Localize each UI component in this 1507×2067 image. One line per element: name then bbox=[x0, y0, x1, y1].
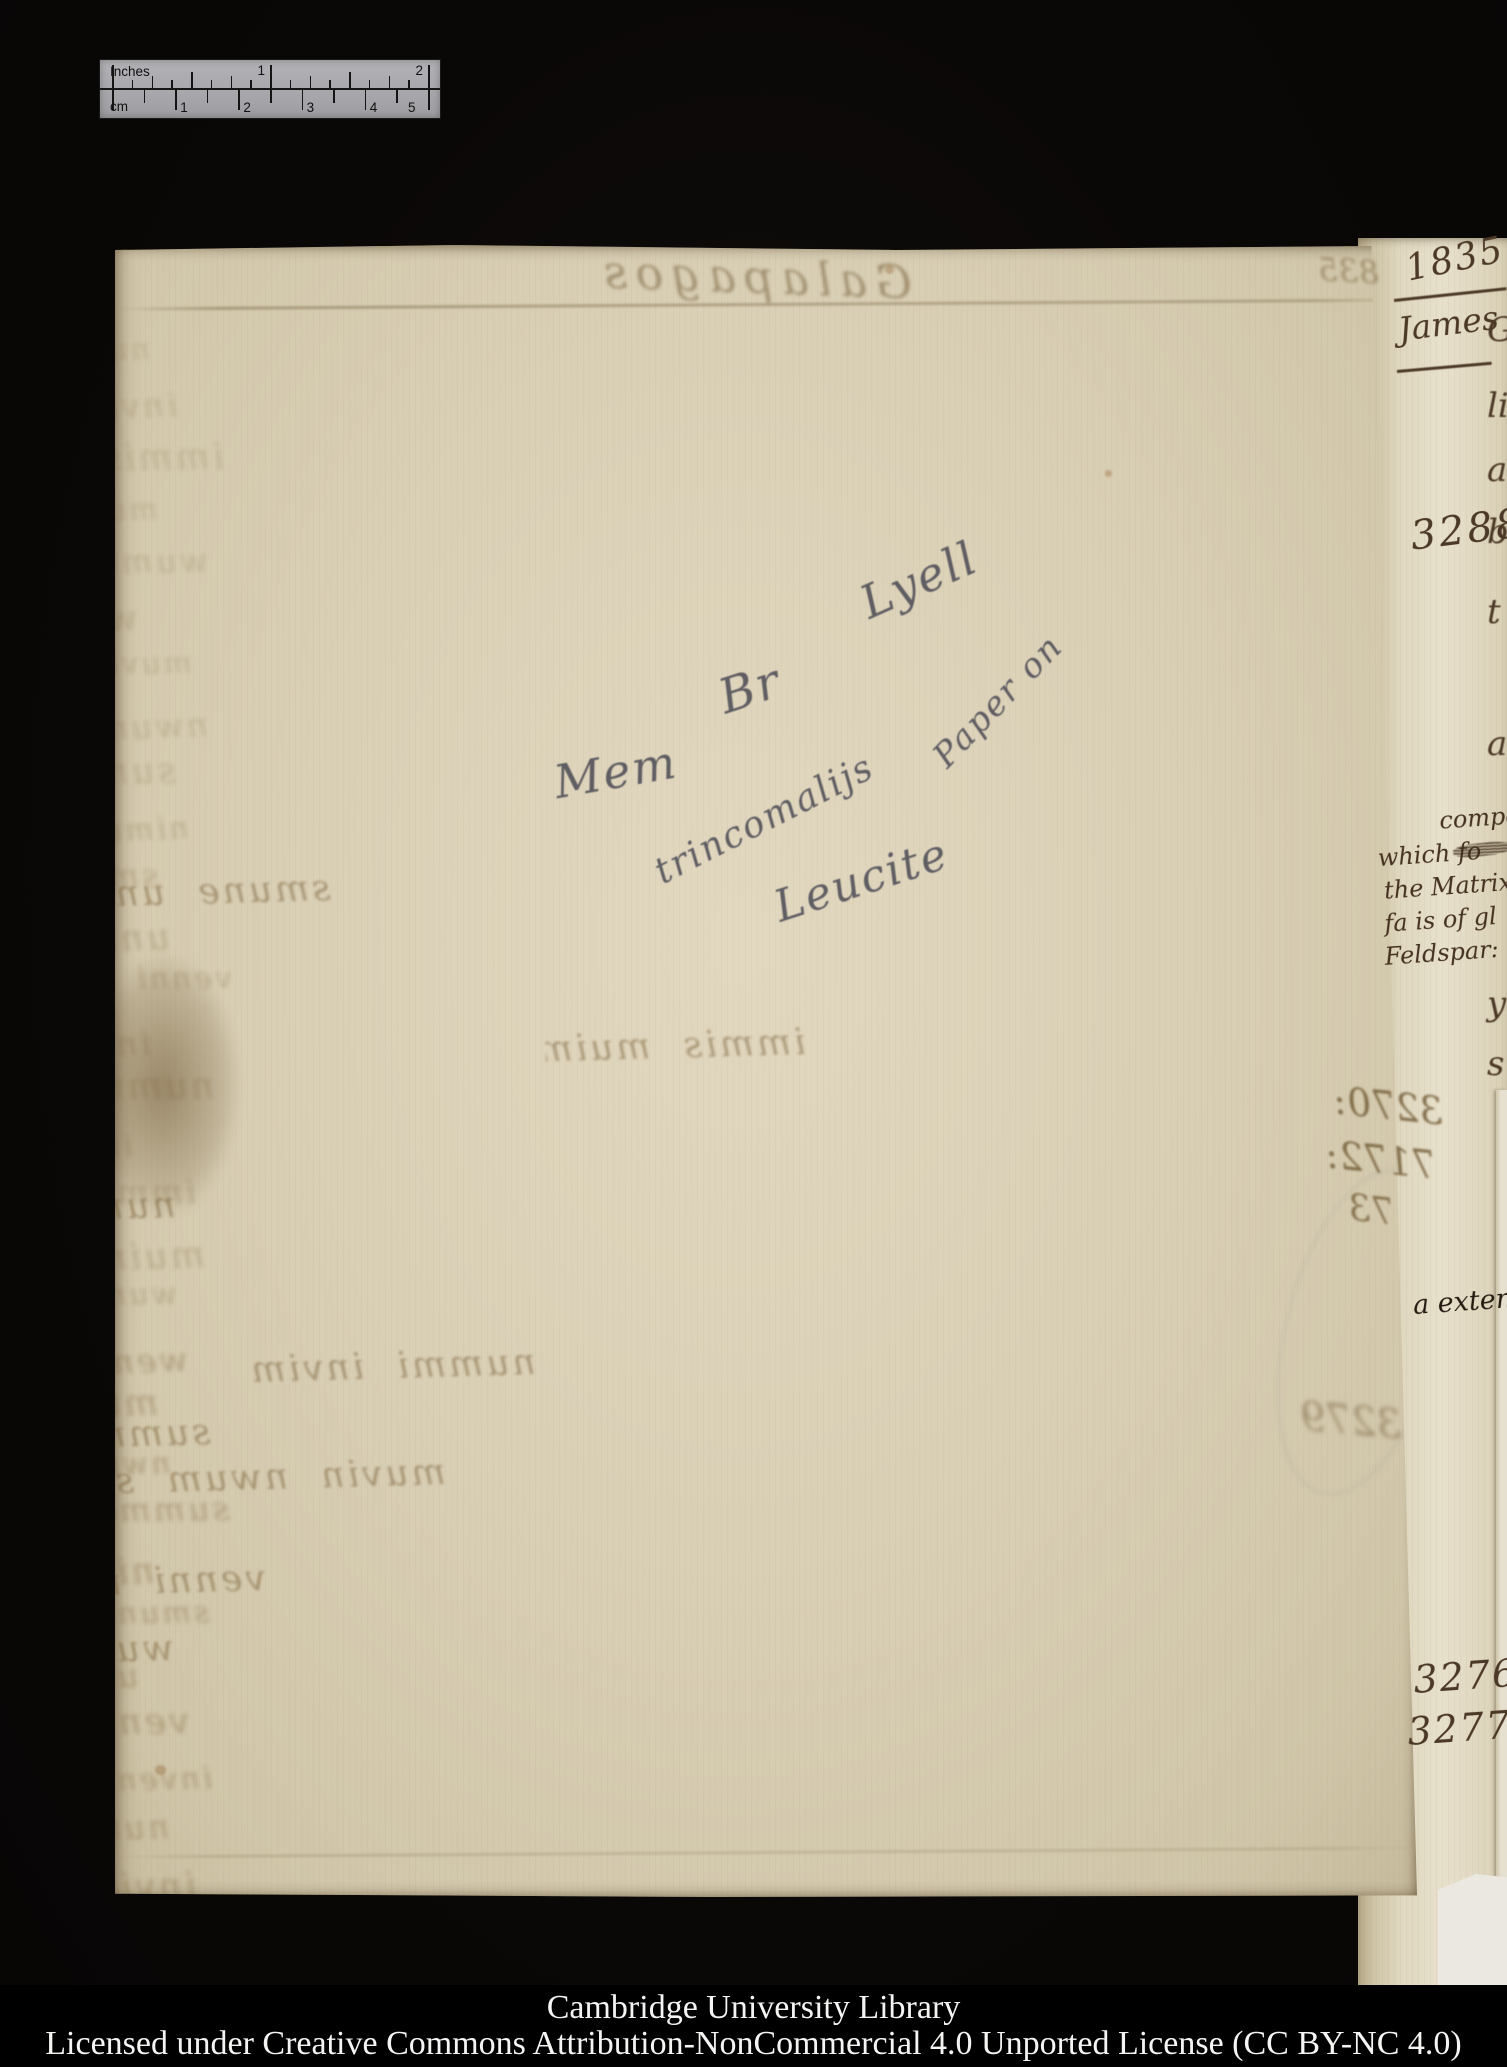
bleedthrough-line: nummi unmow summe wenum immis inven smun… bbox=[0, 1066, 214, 1113]
inch-tick bbox=[112, 65, 114, 88]
scalebar-cm-number: 3 bbox=[307, 100, 315, 115]
bleedthrough-dark-stroke: nummi invim immis muim wumme bbox=[235, 1342, 536, 1391]
manuscript-page: nummi unmow summe wenum immis inven smun… bbox=[115, 245, 1417, 1897]
bleedthrough-header-galapagos: Galapagos bbox=[595, 245, 913, 310]
bleedthrough-line: unmow summe wenum immis inven smune nwum… bbox=[0, 917, 170, 993]
bleedthrough-line: invim venni nimus muvin muim nummi unmow… bbox=[0, 1129, 133, 1198]
bleedthrough-page-number: 835 bbox=[1317, 250, 1381, 292]
bleedthrough-line: immis inven smune nwum wumme invim venni… bbox=[0, 1172, 196, 1219]
cm-tick bbox=[238, 90, 240, 110]
inch-tick bbox=[250, 80, 252, 89]
scalebar-inch-number: 2 bbox=[407, 63, 423, 78]
inch-tick bbox=[171, 80, 173, 89]
bleedthrough-line: unmow summe wenum immis inven smune nwum… bbox=[0, 1656, 139, 1723]
specimen-number-3276: 3276 bbox=[1412, 1651, 1507, 1702]
bleedthrough-line: nummi unmow summe wenum immis inven smun… bbox=[0, 332, 150, 381]
inch-tick bbox=[369, 80, 371, 89]
bleedthrough-line: invim venni nimus muvin muim nummi unmow… bbox=[0, 1866, 197, 1928]
edge-fragment-letter: b bbox=[1487, 512, 1507, 552]
bleedthrough-number-3279: 3279 bbox=[1298, 1394, 1403, 1449]
inch-tick bbox=[132, 80, 134, 89]
caption-bar: Cambridge University Library Licensed un… bbox=[0, 1985, 1507, 2067]
bleedthrough-line: smune nwum wumme invim venni nimus muvin… bbox=[0, 856, 159, 898]
inch-tick bbox=[428, 65, 430, 88]
bleedthrough-dark-stroke: nummi invim immis muim wumme bbox=[0, 1185, 176, 1238]
adjacent-page-sliver bbox=[1496, 1090, 1507, 1980]
cm-tick bbox=[270, 90, 272, 103]
manuscript-scan-stage: Inches cm 1212345 1835 James So 3288 com… bbox=[0, 0, 1507, 2067]
scalebar-cm-number: 2 bbox=[243, 100, 251, 115]
specimen-number-3277: 3277 bbox=[1406, 1703, 1507, 1754]
bleedthrough-line: summe wenum immis inven smune nwum wumme… bbox=[0, 751, 176, 798]
cm-tick bbox=[144, 90, 146, 103]
bleedthrough-line: inven smune nwum wumme invim venni nimus… bbox=[0, 1023, 152, 1101]
inch-tick bbox=[231, 76, 233, 88]
edge-fragment-letter: t bbox=[1487, 592, 1501, 632]
adjacent-page-note: compowhich fothe Matrixfa is of glFeldsp… bbox=[1374, 799, 1507, 974]
bleedthrough-line: venni nimus muvin muim nummi unmow summe… bbox=[0, 961, 232, 1002]
inch-tick bbox=[152, 76, 154, 88]
bleedthrough-line: wenum immis inven smune nwum wumme invim… bbox=[0, 598, 138, 677]
cm-tick bbox=[428, 90, 430, 110]
bleedthrough-line: muim nummi unmow summe wenum immis inven… bbox=[0, 492, 158, 546]
inch-tick bbox=[191, 72, 193, 88]
cm-tick bbox=[175, 90, 177, 110]
cm-tick bbox=[333, 90, 335, 103]
bleedthrough-line: nimus muvin muim nummi unmow summe wenum… bbox=[0, 811, 189, 886]
edge-fragment-letter: s bbox=[1487, 1044, 1504, 1084]
inch-tick bbox=[211, 80, 213, 89]
inch-tick bbox=[349, 72, 351, 88]
bleedthrough-line: nimus muvin muim nummi unmow summe wenum… bbox=[0, 1551, 155, 1619]
edge-fragment-letter: a bbox=[1487, 450, 1507, 490]
bleedthrough-line: wumme invim venni nimus muvin muim nummi… bbox=[0, 541, 208, 589]
bleedthrough-line: nwum wumme invim venni nimus muvin muim … bbox=[0, 705, 208, 779]
bleedthrough-line: wenum immis inven smune nwum wumme invim… bbox=[0, 1340, 188, 1410]
bleedthrough-dark-stroke: venni inven nummi invim immis bbox=[0, 1558, 266, 1611]
scalebar-inch-number: 1 bbox=[249, 63, 265, 78]
edge-fragment-letter: y bbox=[1487, 984, 1506, 1024]
scale-ruler: Inches cm 1212345 bbox=[100, 60, 440, 118]
bleedthrough-line: muvin muim nummi unmow summe wenum immis… bbox=[0, 646, 192, 688]
bleedthrough-number-73: 73 bbox=[1346, 1188, 1396, 1234]
scalebar-cm-number: 4 bbox=[370, 100, 378, 115]
inch-tick bbox=[290, 80, 292, 89]
bleedthrough-line: nwum wumme invim venni nimus muvin muim … bbox=[0, 1446, 171, 1514]
cm-tick bbox=[112, 90, 114, 110]
library-caption: Cambridge University Library bbox=[0, 1990, 1507, 2026]
foxing-spot bbox=[155, 1765, 166, 1775]
scalebar-cm-number: 1 bbox=[180, 100, 188, 115]
bleedthrough-line: summe wenum immis inven smune nwum wumme… bbox=[0, 1489, 230, 1541]
fold-crease-bottom bbox=[115, 1846, 1417, 1858]
bleedthrough-line: wumme invim venni nimus muvin muim nummi… bbox=[0, 1277, 178, 1321]
edge-fragment-letter: a bbox=[1487, 724, 1507, 764]
adjacent-note-line: compo bbox=[1438, 799, 1507, 838]
license-caption: Licensed under Creative Commons Attribut… bbox=[0, 2026, 1507, 2062]
bleedthrough-dark-stroke: muvin nwum summe nimus smune bbox=[85, 1452, 446, 1503]
scalebar-inches-label: Inches bbox=[110, 64, 150, 79]
bleedthrough-line: venni nimus muvin muim nummi unmow summe… bbox=[0, 1701, 190, 1760]
bleedthrough-dark-stroke: smune unmow venni inven nummi bbox=[30, 868, 331, 917]
cm-tick bbox=[396, 90, 398, 103]
inch-tick bbox=[329, 80, 331, 89]
cm-tick bbox=[365, 90, 367, 110]
bleedthrough-line: muim nummi unmow summe wenum immis inven… bbox=[0, 1235, 206, 1298]
edge-fragment-letter: G bbox=[1487, 310, 1507, 350]
bleedthrough-line: inven smune nwum wumme invim venni nimus… bbox=[0, 1761, 213, 1818]
bleedthrough-line: smune nwum wumme invim venni nimus muvin… bbox=[0, 1595, 210, 1640]
bleedthrough-line: muvin muim nummi unmow summe wenum immis… bbox=[0, 1383, 159, 1436]
stain bbox=[85, 953, 240, 1218]
inch-tick bbox=[310, 76, 312, 88]
inch-tick bbox=[408, 80, 410, 89]
scalebar-cm-number: 5 bbox=[408, 100, 416, 115]
inch-tick bbox=[270, 65, 272, 88]
bleedthrough-line: invim venni nimus muvin muim nummi unmow… bbox=[0, 385, 178, 458]
inch-tick bbox=[389, 76, 391, 88]
bleedthrough-line: nummi unmow summe wenum immis inven smun… bbox=[0, 1807, 170, 1870]
underlying-page-corner bbox=[1438, 1874, 1507, 1986]
bleedthrough-dark-stroke: immis muim wumme wenum muvin bbox=[545, 1022, 806, 1070]
bleedthrough-dark-stroke: wumme wenum muvin nwum summe bbox=[0, 1628, 174, 1684]
cm-tick bbox=[302, 90, 304, 110]
bleedthrough-dark-stroke: summe nimus smune unmow venni bbox=[0, 1412, 211, 1468]
foxing-spot bbox=[1105, 470, 1112, 477]
cm-tick bbox=[207, 90, 209, 103]
bleedthrough-line: immis inven smune nwum wumme invim venni… bbox=[0, 437, 224, 488]
edge-fragment-letter: li bbox=[1487, 386, 1507, 426]
